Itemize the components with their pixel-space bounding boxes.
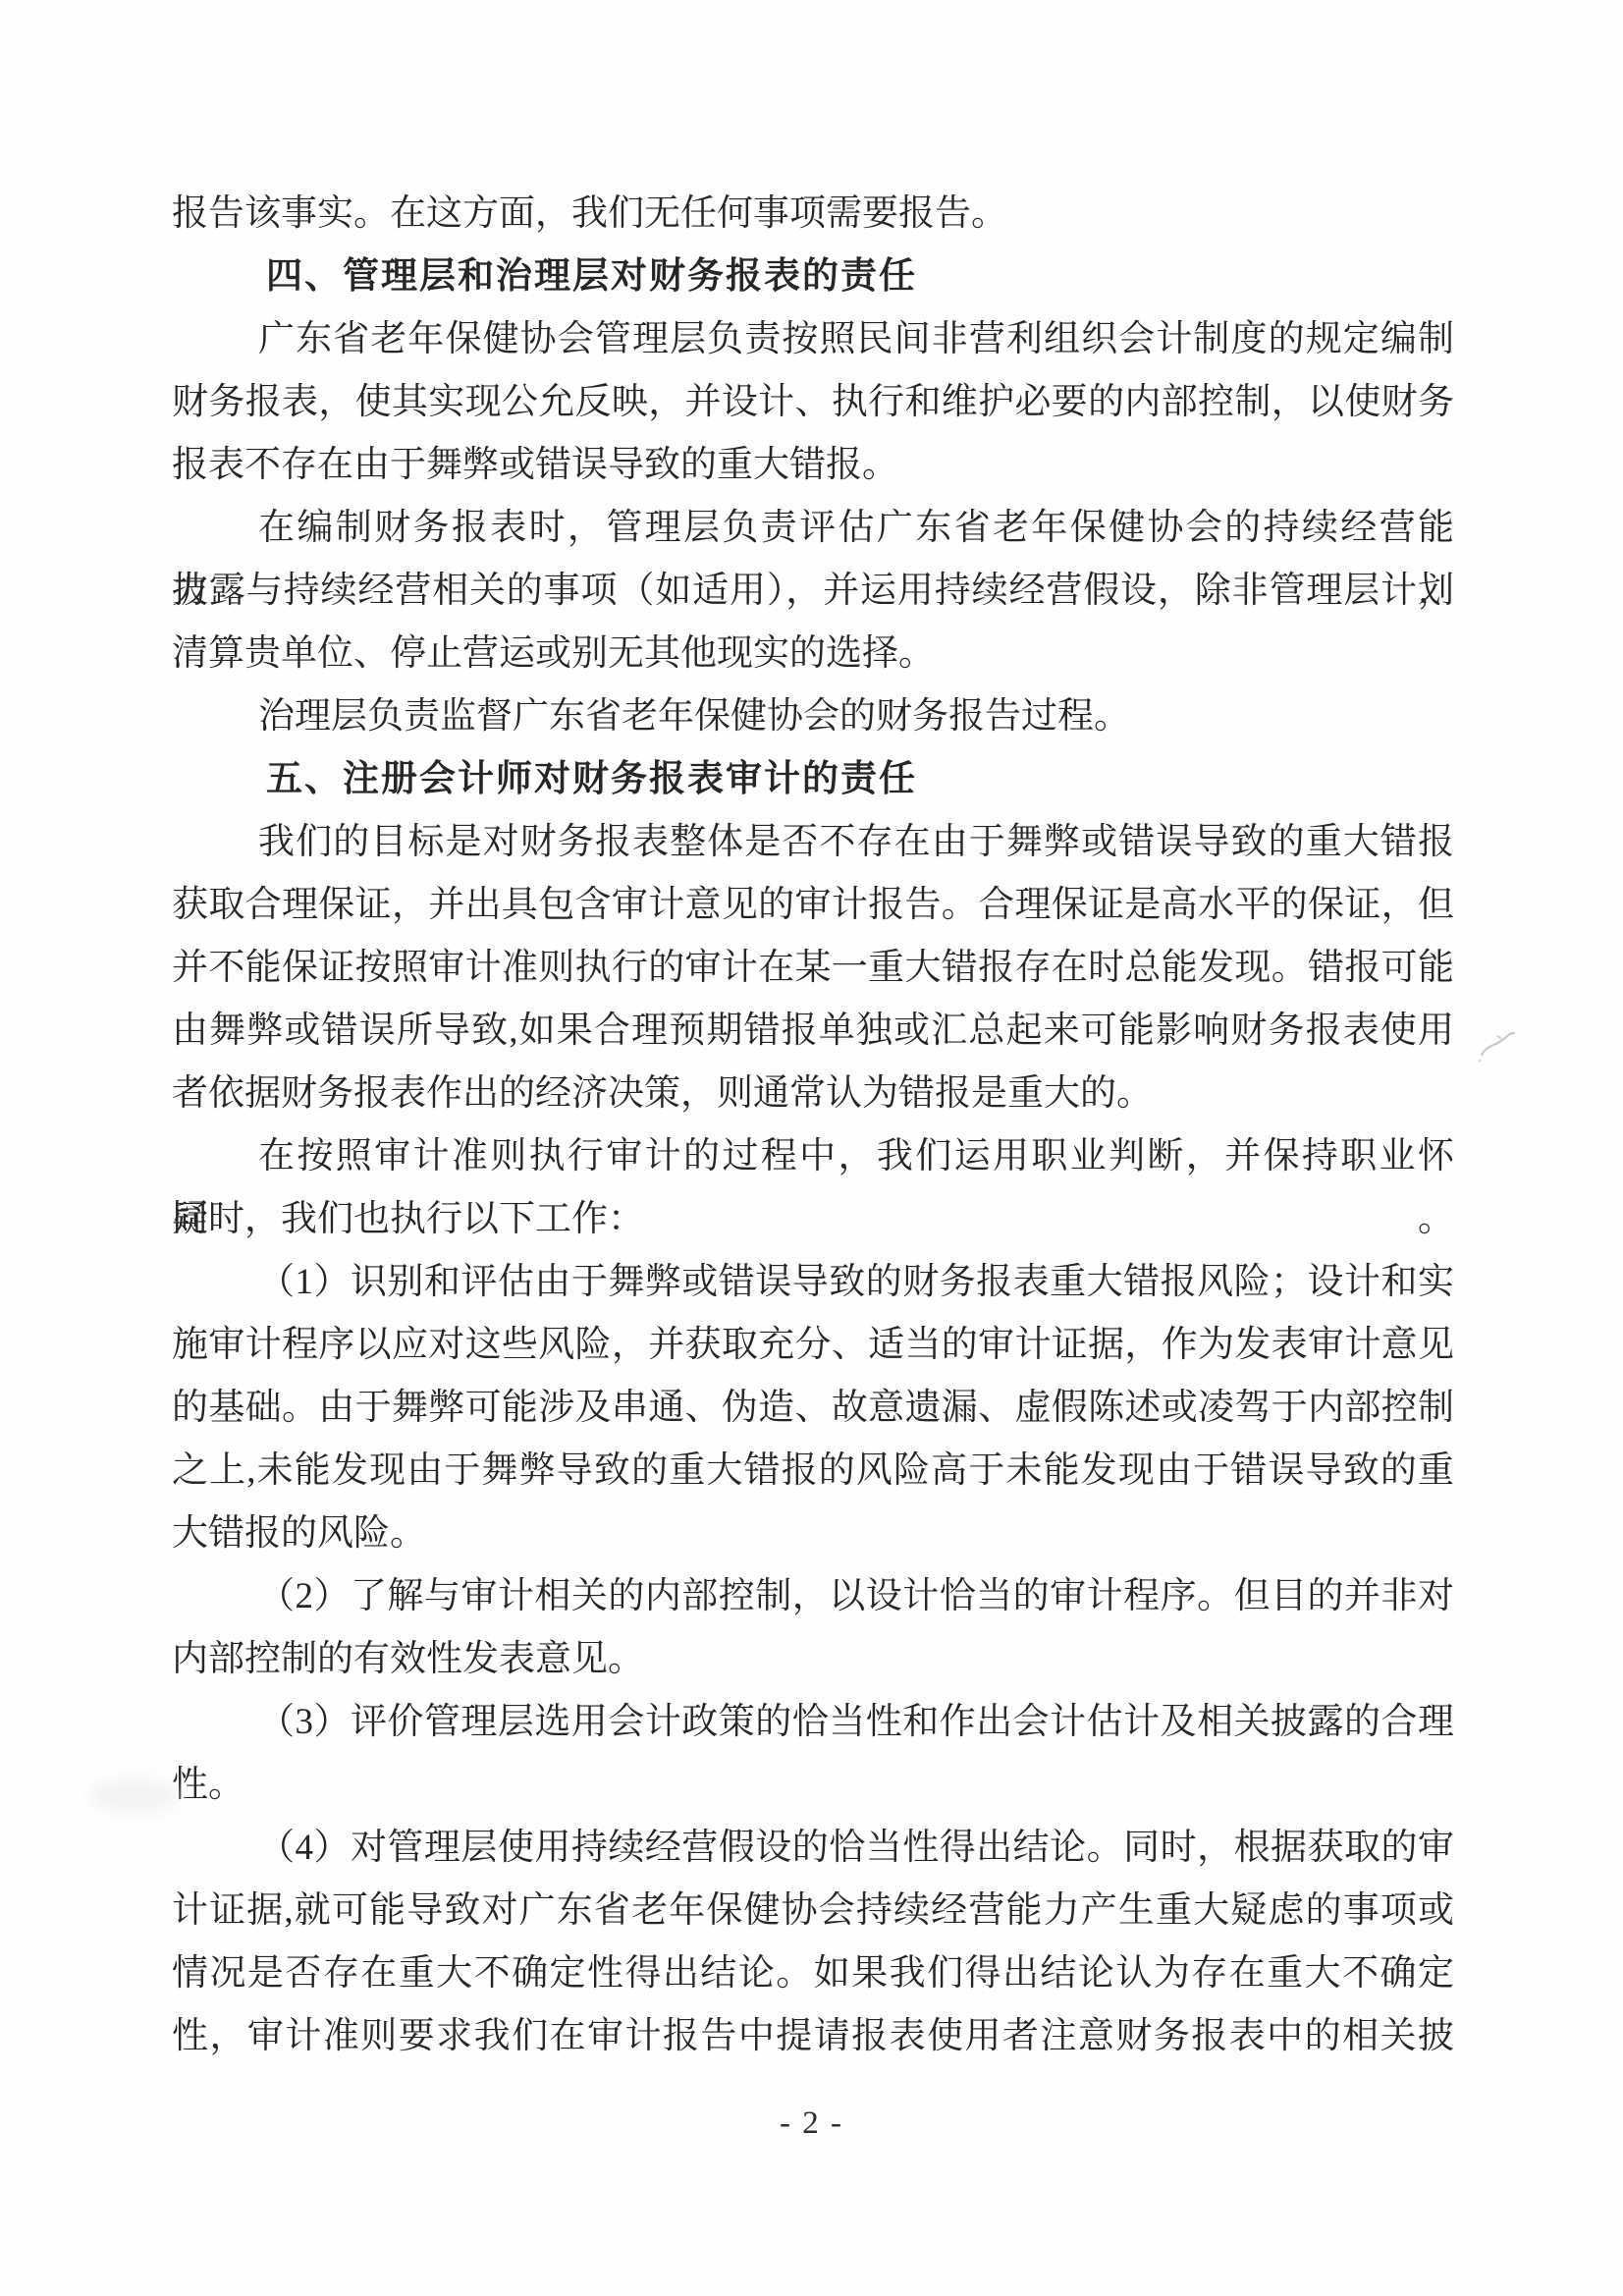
text-line: 的基础。由于舞弊可能涉及串通、伪造、故意遗漏、虚假陈述或凌驾于内部控制: [172, 1377, 1454, 1440]
text-line: 披露与持续经营相关的事项（如适用），并运用持续经营假设，除非管理层计划: [172, 560, 1454, 623]
document-page: { "page": { "footer": "- 2 -", "lines": …: [0, 0, 1623, 2296]
text-line: 计证据,就可能导致对广东省老年保健协会持续经营能力产生重大疑虑的事项或: [172, 1880, 1454, 1942]
text-line: （3）评价管理层选用会计政策的恰当性和作出会计估计及相关披露的合理: [172, 1691, 1454, 1754]
text-line: 者依据财务报表作出的经济决策，则通常认为错报是重大的。: [172, 1063, 1454, 1125]
text-line: 广东省老年保健协会管理层负责按照民间非营利组织会计制度的规定编制: [172, 308, 1454, 371]
text-line: 性。: [172, 1754, 1454, 1817]
page-body: 报告该事实。在这方面，我们无任何事项需要报告。四、管理层和治理层对财务报表的责任…: [172, 183, 1454, 2068]
text-line: 并不能保证按照审计准则执行的审计在某一重大错报存在时总能发现。错报可能: [172, 937, 1454, 1000]
text-line: 施审计程序以应对这些风险，并获取充分、适当的审计证据，作为发表审计意见: [172, 1314, 1454, 1377]
text-line: 在按照审计准则执行审计的过程中，我们运用职业判断，并保持职业怀疑。: [172, 1125, 1454, 1188]
text-line: 我们的目标是对财务报表整体是否不存在由于舞弊或错误导致的重大错报: [172, 811, 1454, 874]
scan-artifact-mark: [1468, 1011, 1537, 1070]
text-line: 获取合理保证，并出具包含审计意见的审计报告。合理保证是高水平的保证，但: [172, 874, 1454, 937]
section-heading: 四、管理层和治理层对财务报表的责任: [172, 246, 1454, 308]
section-heading: 五、注册会计师对财务报表审计的责任: [172, 748, 1454, 811]
text-line: 财务报表，使其实现公允反映，并设计、执行和维护必要的内部控制，以使财务: [172, 371, 1454, 434]
text-line: 内部控制的有效性发表意见。: [172, 1628, 1454, 1691]
text-line: 在编制财务报表时，管理层负责评估广东省老年保健协会的持续经营能力，: [172, 497, 1454, 560]
text-line: （2）了解与审计相关的内部控制，以设计恰当的审计程序。但目的并非对: [172, 1565, 1454, 1628]
text-line: 之上,未能发现由于舞弊导致的重大错报的风险高于未能发现由于错误导致的重: [172, 1440, 1454, 1503]
text-line: 性，审计准则要求我们在审计报告中提请报表使用者注意财务报表中的相关披: [172, 2005, 1454, 2068]
text-line: 报告该事实。在这方面，我们无任何事项需要报告。: [172, 183, 1454, 246]
text-line: （1）识别和评估由于舞弊或错误导致的财务报表重大错报风险；设计和实: [172, 1251, 1454, 1314]
text-line: 治理层负责监督广东省老年保健协会的财务报告过程。: [172, 685, 1454, 748]
text-line: 清算贵单位、停止营运或别无其他现实的选择。: [172, 623, 1454, 685]
page-number: - 2 -: [0, 2102, 1623, 2145]
text-line: （4）对管理层使用持续经营假设的恰当性得出结论。同时，根据获取的审: [172, 1817, 1454, 1880]
scan-artifact-smudge: [90, 1779, 179, 1813]
text-line: 由舞弊或错误所导致,如果合理预期错报单独或汇总起来可能影响财务报表使用: [172, 1000, 1454, 1063]
text-line: 情况是否存在重大不确定性得出结论。如果我们得出结论认为存在重大不确定: [172, 1942, 1454, 2005]
text-line: 大错报的风险。: [172, 1503, 1454, 1565]
text-line: 报表不存在由于舞弊或错误导致的重大错报。: [172, 434, 1454, 497]
